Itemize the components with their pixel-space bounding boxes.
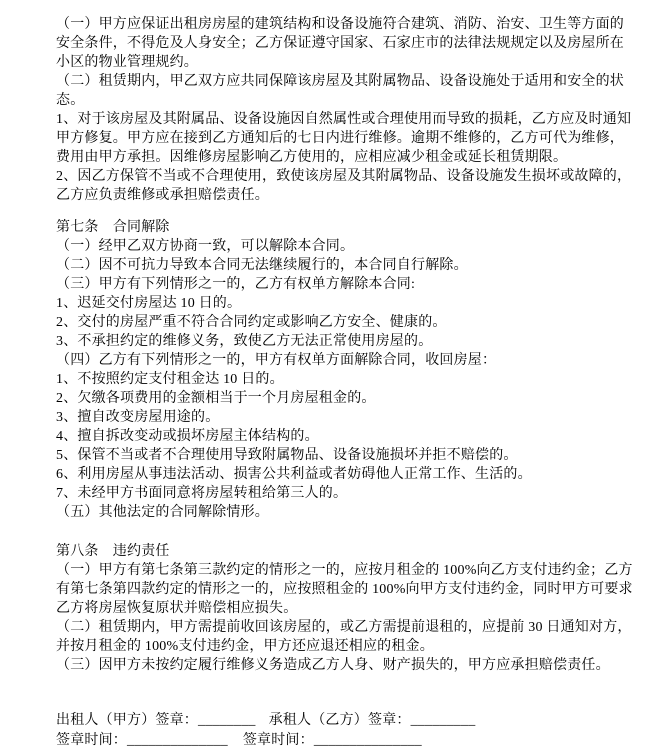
text-line: （二）租赁期内，甲乙双方应共同保障该房屋及其附属物品、设备设施处于适用和安全的状 xyxy=(56,72,617,91)
text-line: 乙方应负责维修或承担赔偿责任。 xyxy=(56,186,617,205)
signature-line-parties: 出租人（甲方）签章：________承租人（乙方）签章：_________ xyxy=(56,711,617,731)
text-line: （二）因不可抗力导致本合同无法继续履行的，本合同自行解除。 xyxy=(56,256,617,275)
text-line: 3、不承担约定的维修义务，致使乙方无法正常使用房屋的。 xyxy=(56,332,617,351)
article-8-breach-liability: 第八条 违约责任（一）甲方有第七条第三款约定的情形之一的，应按月租金的 100%… xyxy=(56,542,617,675)
lessor-signature-blank: ________ xyxy=(198,713,256,728)
text-line: 费用由甲方承担。因维修房屋影响乙方使用的，应相应减少租金或延长租赁期限。 xyxy=(56,148,617,167)
text-line: 安全条件，不得危及人身安全；乙方保证遵守国家、石家庄市的法律法规规定以及房屋所在 xyxy=(56,34,617,53)
text-line: （四）乙方有下列情形之一的，甲方有权单方面解除合同，收回房屋： xyxy=(56,351,617,370)
text-line: 2、交付的房屋严重不符合合同约定或影响乙方安全、健康的。 xyxy=(56,313,617,332)
text-line: 有第七条第四款约定的情形之一的，应按照租金的 100%向甲方支付违约金，同时甲方… xyxy=(56,580,617,599)
text-line: 并按月租金的 100%支付违约金，甲方还应退还相应的租金。 xyxy=(56,637,617,656)
article-7-contract-termination: 第七条 合同解除（一）经甲乙双方协商一致，可以解除本合同。（二）因不可抗力导致本… xyxy=(56,218,617,522)
text-line: （三）甲方有下列情形之一的，乙方有权单方解除本合同: xyxy=(56,275,617,294)
text-line: 态。 xyxy=(56,91,617,110)
lessor-date-label: 签章时间： xyxy=(56,733,127,748)
text-line: （五）其他法定的合同解除情形。 xyxy=(56,503,617,522)
signature-block: 出租人（甲方）签章：________承租人（乙方）签章：_________ 签章… xyxy=(56,711,617,751)
signature-line-dates: 签章时间：______________签章时间：_______________ xyxy=(56,731,617,751)
text-line: （一）经甲乙双方协商一致，可以解除本合同。 xyxy=(56,237,617,256)
article-heading: 第八条 违约责任 xyxy=(56,542,617,561)
text-line: 3、擅自改变房屋用途的。 xyxy=(56,408,617,427)
lessor-date-blank: ______________ xyxy=(127,733,228,748)
text-line: 甲方修复。甲方应在接到乙方通知后的七日内进行维修。逾期不维修的，乙方可代为维修， xyxy=(56,129,617,148)
lessee-date-label: 签章时间： xyxy=(243,733,314,748)
text-line: 1、迟延交付房屋达 10 日的。 xyxy=(56,294,617,313)
text-line: （一）甲方应保证出租房房屋的建筑结构和设备设施符合建筑、消防、治安、卫生等方面的 xyxy=(56,15,617,34)
article-heading: 第七条 合同解除 xyxy=(56,218,617,237)
contract-page: （一）甲方应保证出租房房屋的建筑结构和设备设施符合建筑、消防、治安、卫生等方面的… xyxy=(0,0,651,755)
text-line: 4、擅自拆改变动或损坏房屋主体结构的。 xyxy=(56,427,617,446)
text-line: 小区的物业管理规约。 xyxy=(56,53,617,72)
contract-body: （一）甲方应保证出租房房屋的建筑结构和设备设施符合建筑、消防、治安、卫生等方面的… xyxy=(56,15,617,675)
text-line: 6、利用房屋从事违法活动、损害公共利益或者妨碍他人正常工作、生活的。 xyxy=(56,465,617,484)
text-line: 7、未经甲方书面同意将房屋转租给第三人的。 xyxy=(56,484,617,503)
lessee-signature-label: 承租人（乙方）签章： xyxy=(269,713,411,728)
text-line: 1、对于该房屋及其附属品、设备设施因自然属性或合理使用而导致的损耗，乙方应及时通… xyxy=(56,110,617,129)
lessee-date-blank: _______________ xyxy=(314,733,422,748)
text-line: 1、不按照约定支付租金达 10 日的。 xyxy=(56,370,617,389)
lessee-signature-blank: _________ xyxy=(411,713,476,728)
lessor-signature-label: 出租人（甲方）签章： xyxy=(56,713,198,728)
text-line: 5、保管不当或者不合理使用导致附属物品、设备设施损坏并拒不赔偿的。 xyxy=(56,446,617,465)
text-line: （二）租赁期内，甲方需提前收回该房屋的，或乙方需提前退租的，应提前 30 日通知… xyxy=(56,618,617,637)
clause-safety-continuation: （一）甲方应保证出租房房屋的建筑结构和设备设施符合建筑、消防、治安、卫生等方面的… xyxy=(56,15,617,205)
text-line: 乙方将房屋恢复原状并赔偿相应损失。 xyxy=(56,599,617,618)
text-line: 2、因乙方保管不当或不合理使用，致使该房屋及其附属物品、设备设施发生损坏或故障的… xyxy=(56,167,617,186)
text-line: 2、欠缴各项费用的金额相当于一个月房屋租金的。 xyxy=(56,389,617,408)
text-line: （三）因甲方未按约定履行维修义务造成乙方人身、财产损失的，甲方应承担赔偿责任。 xyxy=(56,656,617,675)
text-line: （一）甲方有第七条第三款约定的情形之一的，应按月租金的 100%向乙方支付违约金… xyxy=(56,561,617,580)
